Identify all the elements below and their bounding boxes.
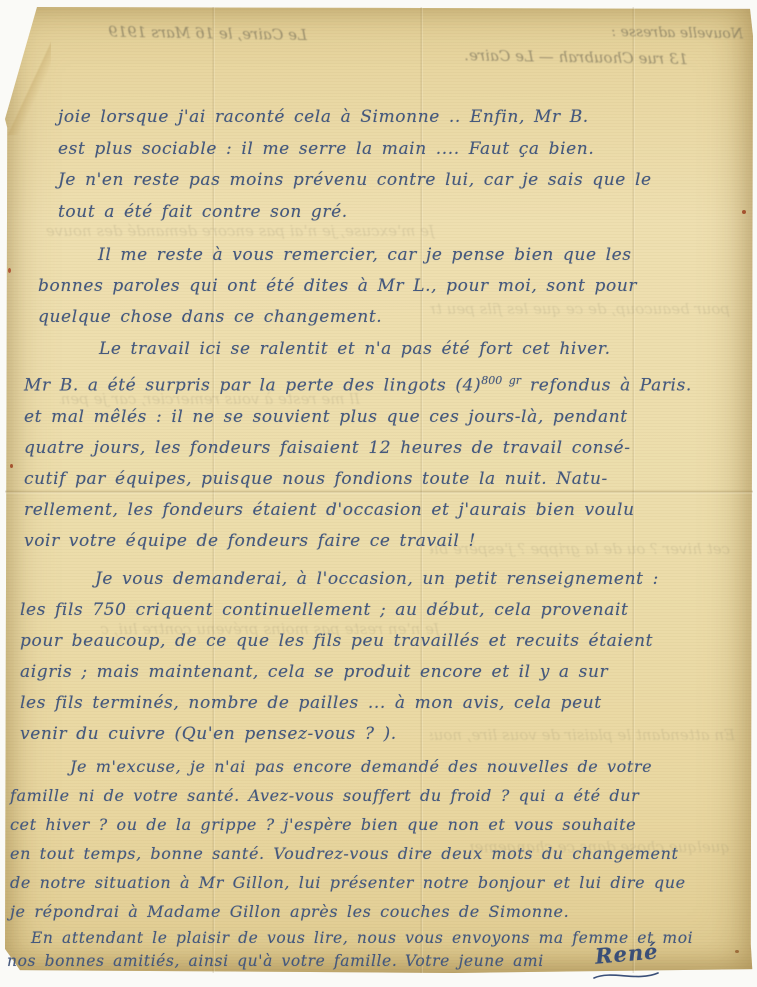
letter-line: cutif par équipes, puisque nous fondions… xyxy=(24,464,692,495)
letter-line: aigris ; mais maintenant, cela se produi… xyxy=(20,657,659,688)
letter-line: quatre jours, les fondeurs faisaient 12 … xyxy=(24,433,692,464)
closing-salutation: Votre jeune ami xyxy=(405,950,544,973)
letter-line: quelque chose dans ce changement. xyxy=(38,302,637,333)
letter-line: cet hiver ? ou de la grippe ? j'espère b… xyxy=(10,810,686,839)
letter-line: Il me reste à vous remercier, car je pen… xyxy=(38,240,637,271)
letter-line: famille ni de votre santé. Avez-vous sou… xyxy=(10,781,686,810)
letter-paragraph: Je vous demanderai, à l'occasion, un pet… xyxy=(20,564,659,750)
letter-line: voir votre équipe de fondeurs faire ce t… xyxy=(24,526,692,557)
letter-paragraph: joie lorsque j'ai raconté cela à Simonne… xyxy=(58,102,652,228)
line-segment: refondus à Paris. xyxy=(521,376,692,396)
letter-line: est plus sociable : il me serre la main … xyxy=(58,134,652,166)
letter-line: les fils terminés, nombre de pailles ...… xyxy=(20,688,659,719)
line-segment: Mr B. a été surpris par la perte des lin… xyxy=(24,376,481,396)
letter-line: Le travail ici se ralentit et n'a pas ét… xyxy=(24,334,692,365)
letter-line: les fils 750 criquent continuellement ; … xyxy=(20,595,659,626)
ingot-weight-superscript: 800 gr xyxy=(481,374,521,387)
line-segment: nos bonnes amitiés, ainsi qu'à votre fam… xyxy=(7,952,397,970)
letter-line: venir du cuivre (Qu'en pensez-vous ? ). xyxy=(20,719,659,750)
letter-line: de notre situation à Mr Gillon, lui prés… xyxy=(10,868,686,897)
signature-flourish xyxy=(592,968,662,982)
letter-line: rellement, les fondeurs étaient d'occasi… xyxy=(24,495,692,526)
letter-line: bonnes paroles qui ont été dites à Mr L.… xyxy=(38,271,637,302)
letter-line: je répondrai à Madame Gillon après les c… xyxy=(10,897,686,926)
letter-line: pour beaucoup, de ce que les fils peu tr… xyxy=(20,626,659,657)
paper-speck xyxy=(10,464,13,468)
paper-speck xyxy=(742,210,746,214)
paper-speck xyxy=(8,268,11,273)
letter-line: Mr B. a été surpris par la perte des lin… xyxy=(24,365,692,402)
letter-scan: Le Caire, le 16 Mars 1919 Nouvelle adres… xyxy=(0,0,757,987)
letter-line: et mal mêlés : il ne se souvient plus qu… xyxy=(24,402,692,433)
letter-line: en tout temps, bonne santé. Voudrez-vous… xyxy=(10,839,686,868)
letter-line: nos bonnes amitiés, ainsi qu'à votre fam… xyxy=(7,950,693,973)
bleedthrough-address-label: Nouvelle adresse : xyxy=(588,24,743,43)
letter-line: Je n'en reste pas moins prévenu contre l… xyxy=(58,165,652,197)
letter-paragraph: Le travail ici se ralentit et n'a pas ét… xyxy=(24,334,692,557)
paper-speck xyxy=(735,950,739,953)
letter-paragraph: Je m'excuse, je n'ai pas encore demandé … xyxy=(10,752,686,926)
letter-paragraph: En attendant le plaisir de vous lire, no… xyxy=(7,927,693,973)
letter-paragraph: Il me reste à vous remercier, car je pen… xyxy=(38,240,637,333)
letter-line: Je vous demanderai, à l'occasion, un pet… xyxy=(20,564,659,595)
letter-line: joie lorsque j'ai raconté cela à Simonne… xyxy=(58,102,652,134)
signature: René xyxy=(594,939,659,967)
letter-line: tout a été fait contre son gré. xyxy=(58,197,652,229)
letter-line: En attendant le plaisir de vous lire, no… xyxy=(7,927,693,950)
letter-line: Je m'excuse, je n'ai pas encore demandé … xyxy=(10,752,686,781)
